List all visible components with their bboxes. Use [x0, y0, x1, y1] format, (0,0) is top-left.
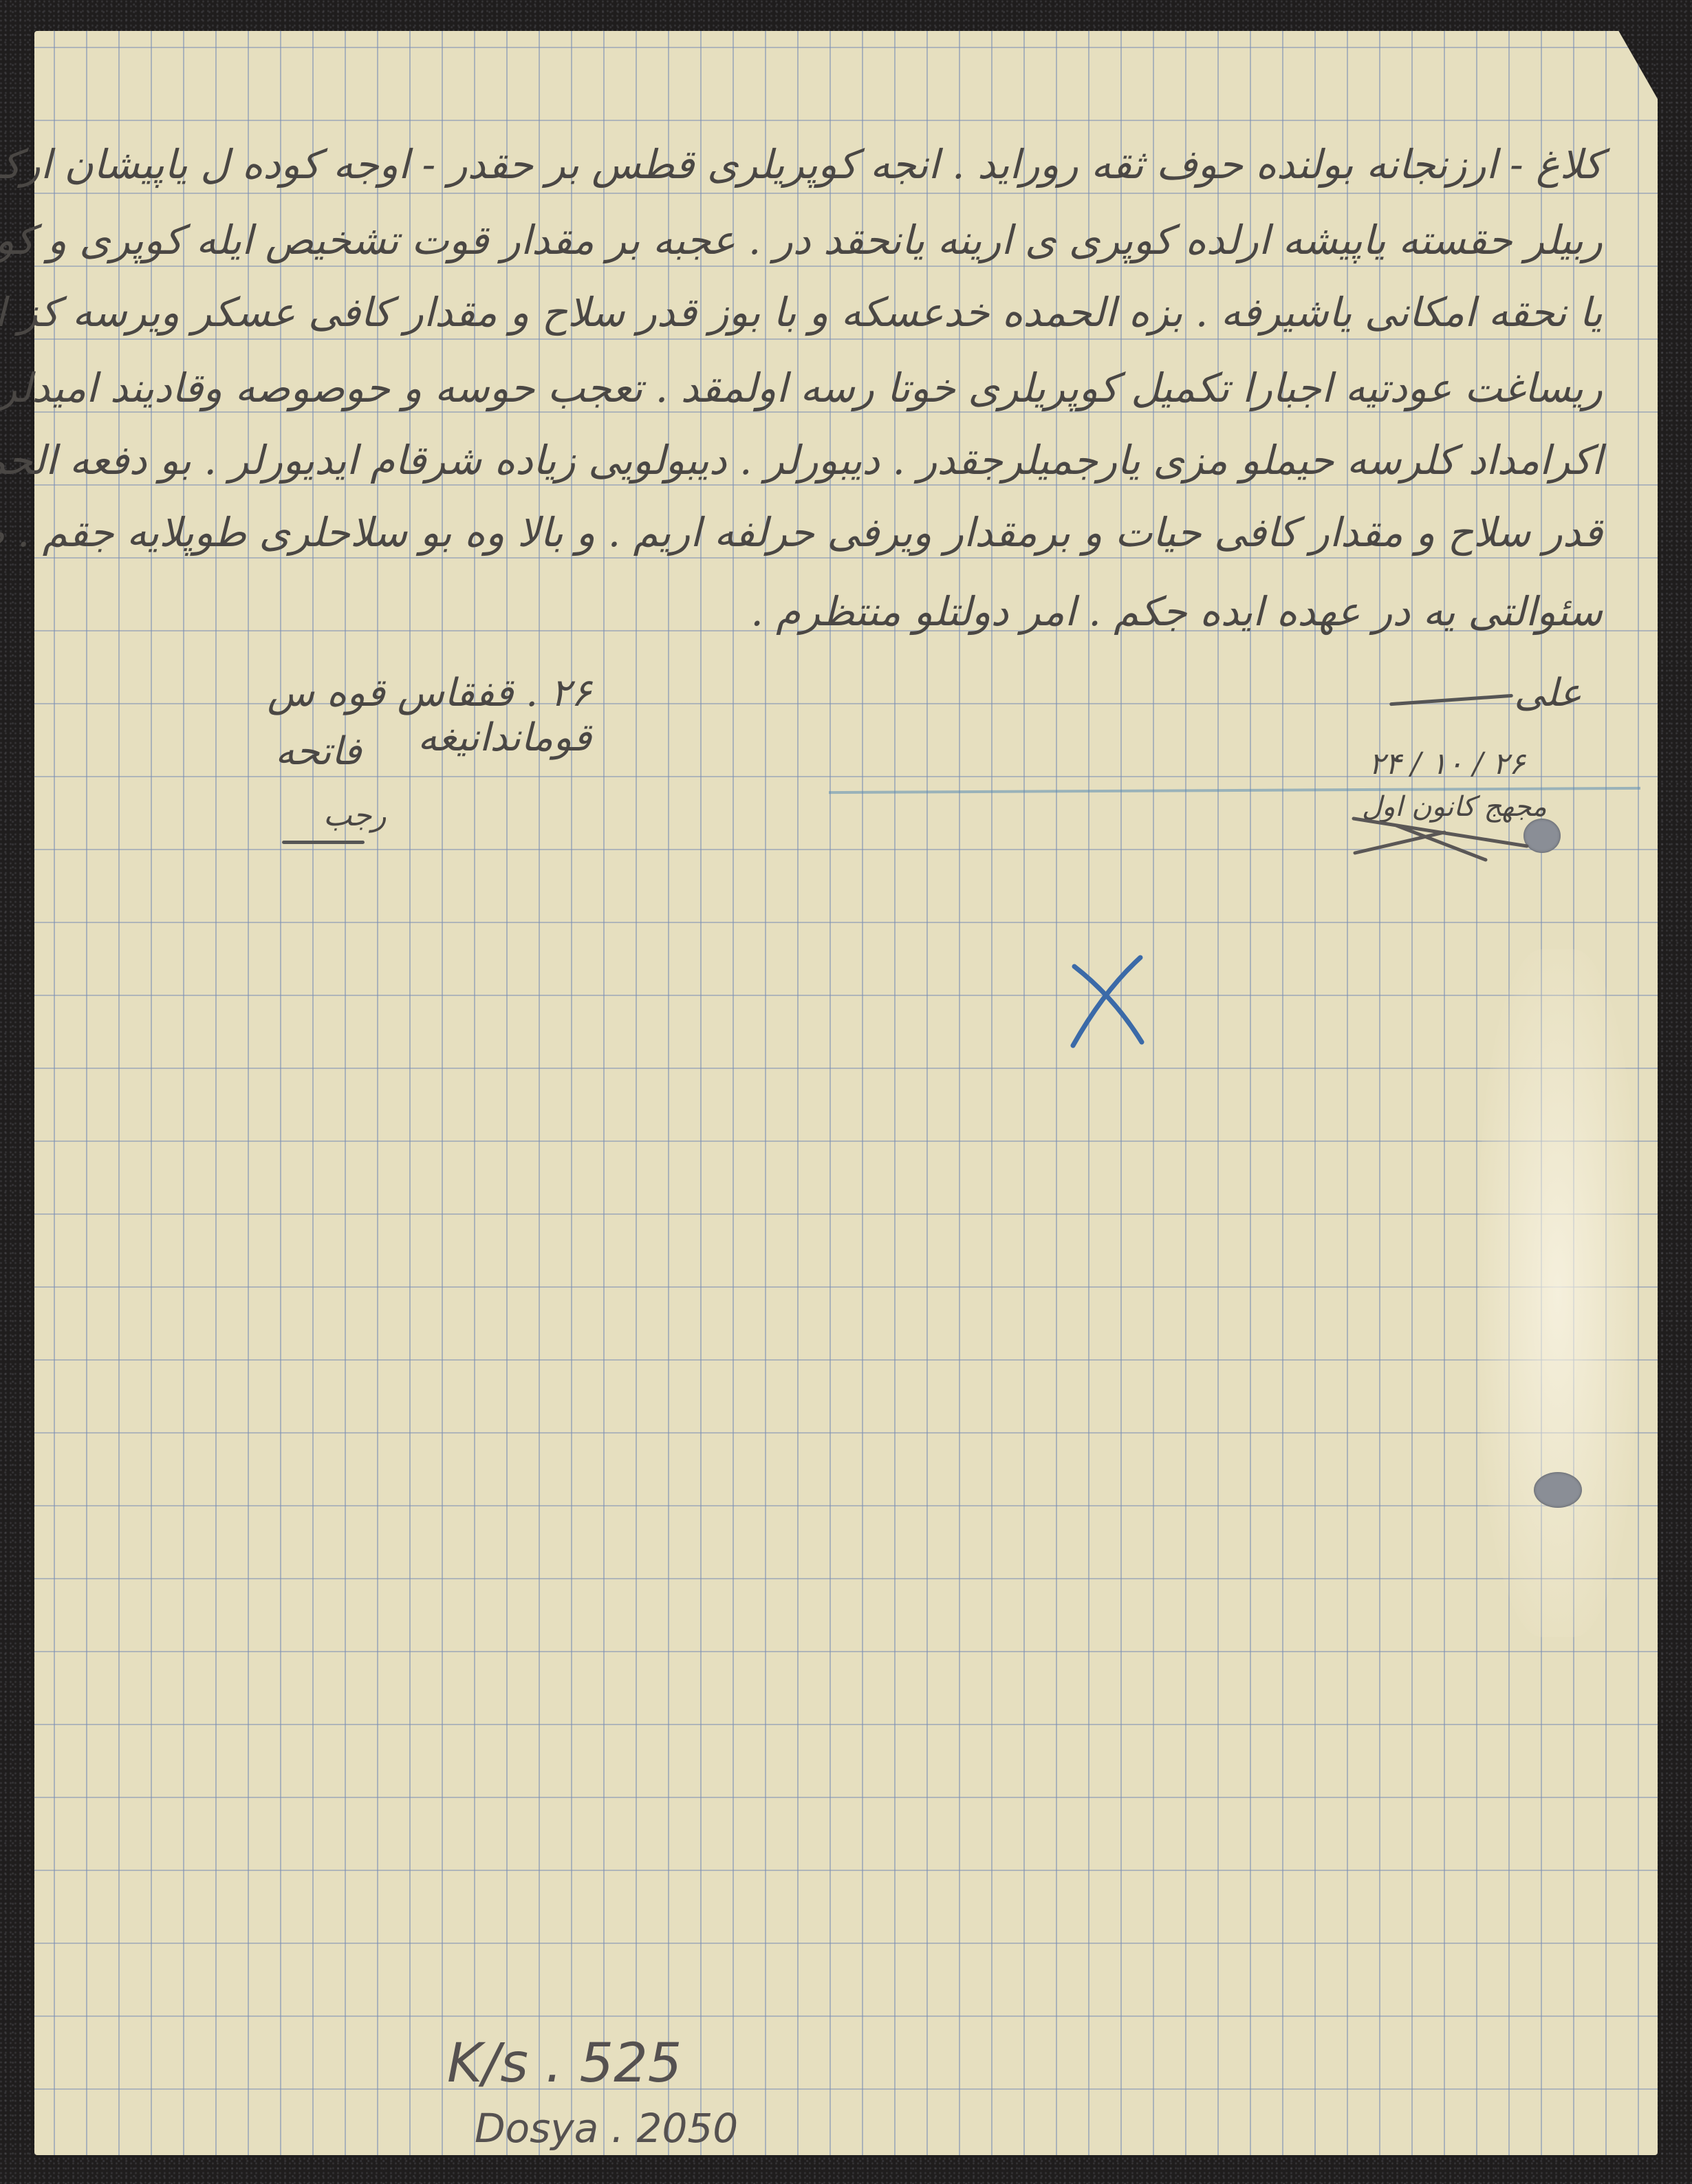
- paper-stain: [1479, 949, 1637, 1637]
- date-line-1: ۲۶ / ۱۰ / ۲۴: [1369, 746, 1525, 781]
- body-line-7: سئوالتی یه در عهده ایده جکم . امر دولتلو…: [750, 588, 1603, 635]
- punch-hole-bottom: [1534, 1472, 1582, 1508]
- crossed-strokes-icon: [1348, 805, 1554, 880]
- body-line-1: کلاغ - ارزنجانه بولنده حوف ثقه روراید . …: [0, 141, 1603, 188]
- body-line-3: یا نحقه امکانی یاشیرفه . بزه الحمده خدعس…: [0, 289, 1603, 336]
- archive-ks-label: K/s . 525: [447, 2033, 682, 2095]
- signature-right: علی: [1389, 671, 1582, 715]
- paper-sheet: [34, 31, 1658, 2155]
- note-left-line-3: رجب: [323, 798, 387, 833]
- body-line-5: اکرامداد کلرسه حیملو مزی یارجمیلرجقدر . …: [0, 437, 1603, 484]
- body-line-6: قدر سلاح و مقدار کافی حیات و برمقدار ویر…: [0, 509, 1603, 556]
- body-line-4: ریساغت عودتیه اجبارا تکمیل کوپریلری خوتا…: [0, 365, 1603, 411]
- blue-x-mark-icon: [1052, 949, 1156, 1059]
- note-left-stroke: [282, 841, 365, 844]
- body-line-2: ربیلر حقسته یاپیشه ارلده کوپری ی ارینه ی…: [0, 217, 1603, 263]
- note-left-line-2: فاتحه: [275, 729, 362, 774]
- archive-dosya-label: Dosya . 2050: [475, 2105, 738, 2152]
